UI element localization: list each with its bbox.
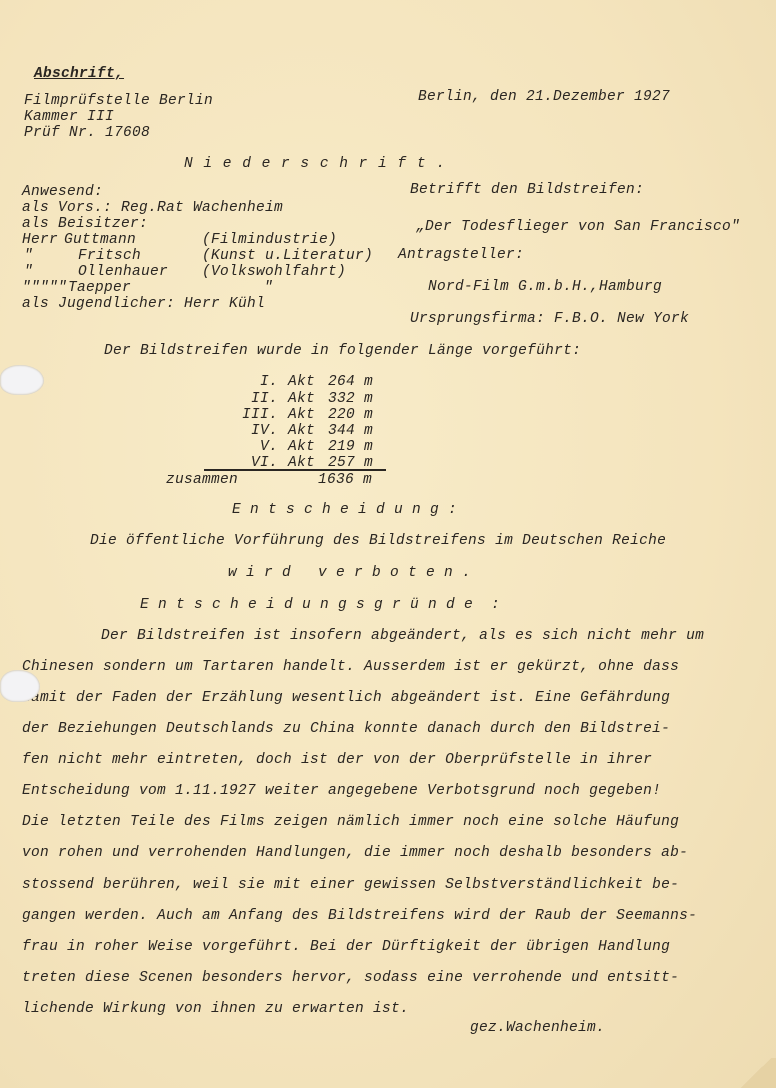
- decision-verdict: w i r d v e r b o t e n .: [228, 564, 471, 582]
- paper-tear: [0, 365, 44, 395]
- reason-line: fen nicht mehr eintreten, doch ist der v…: [22, 751, 652, 769]
- reason-line: Der Bildstreifen ist insofern abgeändert…: [56, 627, 704, 645]
- place-date: Berlin, den 21.Dezember 1927: [418, 88, 670, 106]
- reason-line: gangen werden. Auch am Anfang des Bildst…: [22, 907, 697, 925]
- applicant-heading: Antragsteller:: [398, 246, 524, 264]
- reason-line: treten diese Scenen besonders hervor, so…: [22, 969, 679, 987]
- reason-line: frau in roher Weise vorgeführt. Bei der …: [22, 938, 670, 956]
- act-length: 264 m: [328, 373, 373, 391]
- decision-heading: E n t s c h e i d u n g :: [232, 501, 457, 519]
- reason-line: Die letzten Teile des Films zeigen nämli…: [22, 813, 679, 831]
- paper-tear: [0, 670, 40, 702]
- attendance-youth: als Jugendlicher: Herr Kühl: [22, 295, 265, 313]
- signature: gez.Wachenheim.: [470, 1019, 605, 1037]
- decision-text: Die öffentliche Vorführung des Bildstrei…: [90, 532, 666, 550]
- member-field: (Volkswohlfahrt): [202, 263, 346, 281]
- length-intro: Der Bildstreifen wurde in folgender Läng…: [104, 342, 581, 360]
- subject-heading: Betrifft den Bildstreifen:: [410, 181, 644, 199]
- reason-line: stossend berühren, weil sie mit einer ge…: [22, 876, 679, 894]
- total-length: 1636 m: [318, 471, 372, 489]
- reason-line: Chinesen sondern um Tartaren handelt. Au…: [22, 658, 679, 676]
- authority-line-3: Prüf Nr. 17608: [24, 124, 150, 142]
- reason-line: der Beziehungen Deutschlands zu China ko…: [22, 720, 670, 738]
- reason-line: Entscheidung vom 1.11.1927 weiter angege…: [22, 782, 661, 800]
- act-label: Akt: [288, 373, 315, 391]
- act-number: I.: [256, 373, 278, 391]
- reason-line: von rohen und verrohenden Handlungen, di…: [22, 844, 688, 862]
- film-title: „Der Todesflieger von San Francisco": [416, 218, 740, 236]
- reason-line: damit der Faden der Erzählung wesentlich…: [22, 689, 670, 707]
- document-title: N i e d e r s c h r i f t .: [184, 155, 446, 173]
- reasons-heading: E n t s c h e i d u n g s g r ü n d e :: [140, 596, 500, 614]
- page-corner: [736, 1058, 776, 1088]
- document-page: Abschrift, Filmprüfstelle Berlin Kammer …: [0, 0, 776, 1088]
- origin-company: Ursprungsfirma: F.B.O. New York: [410, 310, 689, 328]
- member-field: ": [264, 279, 273, 297]
- total-label: zusammen: [166, 471, 238, 489]
- copy-label: Abschrift,: [34, 65, 124, 83]
- applicant: Nord-Film G.m.b.H.,Hamburg: [428, 278, 662, 296]
- reason-line: lichende Wirkung von ihnen zu erwarten i…: [22, 1000, 409, 1018]
